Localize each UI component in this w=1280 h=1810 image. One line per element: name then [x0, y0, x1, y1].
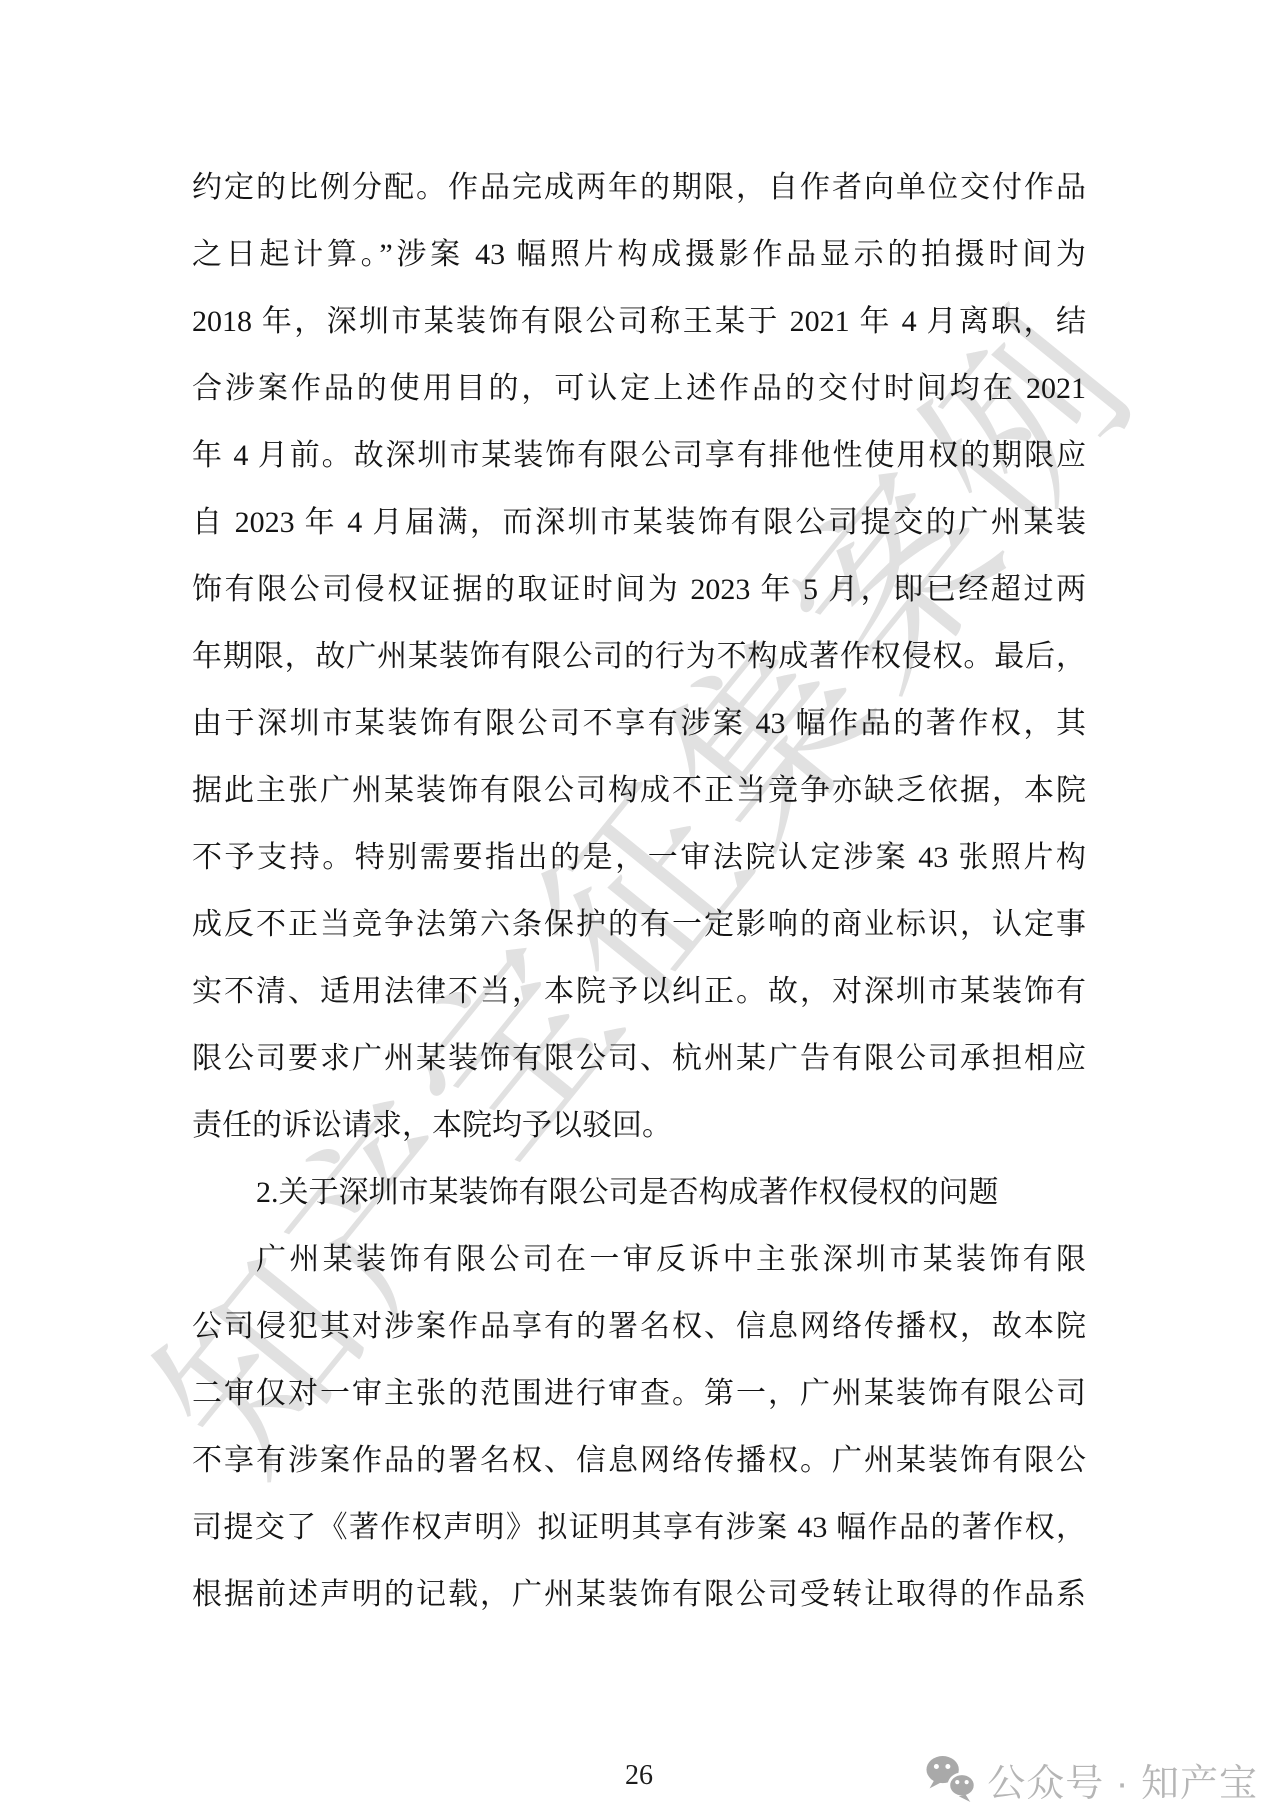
document-page: 知产宝征集案例 约定的比例分配。作品完成两年的期限，自作者向单位交付作品之日起计… — [0, 0, 1280, 1810]
text-line: 年 4 月前。故深圳市某装饰有限公司享有排他性使用权的期限应 — [192, 422, 1086, 489]
footer-brand-label: 公众号 · 知产宝 — [987, 1752, 1258, 1807]
text-line: 之日起计算。”涉案 43 幅照片构成摄影作品显示的拍摄时间为 — [192, 221, 1086, 288]
text-line: 约定的比例分配。作品完成两年的期限，自作者向单位交付作品 — [192, 154, 1086, 221]
text-line: 二审仅对一审主张的范围进行审查。第一，广州某装饰有限公司 — [192, 1360, 1086, 1427]
footer-brand: 公众号 · 知产宝 — [924, 1752, 1258, 1806]
wechat-icon — [924, 1755, 978, 1803]
text-line: 饰有限公司侵权证据的取证时间为 2023 年 5 月，即已经超过两 — [192, 556, 1086, 623]
text-line: 据此主张广州某装饰有限公司构成不正当竞争亦缺乏依据，本院 — [192, 757, 1086, 824]
text-line: 不享有涉案作品的署名权、信息网络传播权。广州某装饰有限公 — [192, 1427, 1086, 1494]
text-line: 实不清、适用法律不当，本院予以纠正。故，对深圳市某装饰有 — [192, 958, 1086, 1025]
text-line: 广州某装饰有限公司在一审反诉中主张深圳市某装饰有限 — [192, 1226, 1086, 1293]
text-line: 司提交了《著作权声明》拟证明其享有涉案 43 幅作品的著作权， — [192, 1494, 1086, 1561]
text-line: 年期限，故广州某装饰有限公司的行为不构成著作权侵权。最后， — [192, 623, 1086, 690]
text-line: 2018 年，深圳市某装饰有限公司称王某于 2021 年 4 月离职，结 — [192, 288, 1086, 355]
text-line: 由于深圳市某装饰有限公司不享有涉案 43 幅作品的著作权，其 — [192, 690, 1086, 757]
text-line: 自 2023 年 4 月届满，而深圳市某装饰有限公司提交的广州某装 — [192, 489, 1086, 556]
text-line: 合涉案作品的使用目的，可认定上述作品的交付时间均在 2021 — [192, 355, 1086, 422]
text-line: 公司侵犯其对涉案作品享有的署名权、信息网络传播权，故本院 — [192, 1293, 1086, 1360]
document-body: 约定的比例分配。作品完成两年的期限，自作者向单位交付作品之日起计算。”涉案 43… — [192, 154, 1086, 1628]
text-line: 限公司要求广州某装饰有限公司、杭州某广告有限公司承担相应 — [192, 1025, 1086, 1092]
text-line: 根据前述声明的记载，广州某装饰有限公司受转让取得的作品系 — [192, 1561, 1086, 1628]
text-line: 责任的诉讼请求，本院均予以驳回。 — [192, 1092, 1086, 1159]
text-line: 不予支持。特别需要指出的是，一审法院认定涉案 43 张照片构 — [192, 824, 1086, 891]
text-line: 成反不正当竞争法第六条保护的有一定影响的商业标识，认定事 — [192, 891, 1086, 958]
text-line: 2.关于深圳市某装饰有限公司是否构成著作权侵权的问题 — [192, 1159, 1086, 1226]
